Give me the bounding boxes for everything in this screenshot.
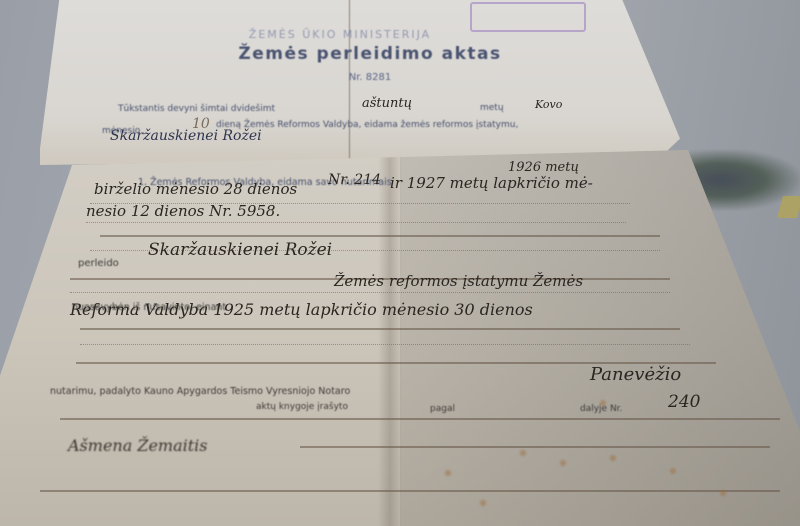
foxing-stain bbox=[445, 470, 451, 476]
form-rule bbox=[100, 235, 660, 237]
foxing-stain bbox=[520, 450, 526, 456]
section1-hand-2-nr: Nr. 214 bbox=[328, 172, 381, 188]
section1-printed-5: nutarimu, padalyto Kauno Apygardos Teism… bbox=[50, 386, 350, 397]
foxing-stain bbox=[600, 400, 606, 406]
foxing-stain bbox=[670, 468, 676, 474]
document-main-sheet: 1. Žemės Reformos Valdyba, eidama savo n… bbox=[0, 150, 800, 526]
section1-hand-2-right: ir 1927 metų lapkričio mė- bbox=[390, 174, 593, 192]
perleido-name: Skaržauskienei Rožei bbox=[148, 240, 332, 260]
paper-center-fold bbox=[378, 150, 402, 526]
header-printed-1: Tūkstantis devyni šimtai dvidešimt bbox=[118, 104, 275, 114]
section1-printed-6b: pagal bbox=[430, 404, 455, 414]
section1-hand-4: Reforma Valdyba 1925 metų lapkričio mėne… bbox=[70, 300, 533, 319]
foxing-stain bbox=[560, 460, 566, 466]
header-hand-1: aštuntų bbox=[362, 96, 412, 111]
header-hand-1-end: Kovo bbox=[535, 98, 562, 111]
section1-hand-3: nesio 12 dienos Nr. 5958. bbox=[86, 202, 280, 220]
perleido-label: perleido bbox=[78, 258, 119, 269]
document-number: Nr. 8281 bbox=[310, 72, 430, 83]
form-line bbox=[80, 344, 690, 345]
foxing-stain bbox=[720, 490, 726, 496]
form-rule bbox=[40, 490, 780, 492]
form-rule bbox=[300, 446, 770, 448]
document-top-sheet: ŽEMĖS ŪKIO MINISTERIJA Žemės perleidimo … bbox=[40, 0, 680, 165]
section1-hand-6-num: 240 bbox=[668, 392, 700, 412]
form-line bbox=[70, 292, 670, 293]
header-printed-1-end: metų bbox=[480, 103, 504, 113]
ministry-heading: ŽEMĖS ŪKIO MINISTERIJA bbox=[190, 28, 490, 41]
section1-hand-5: Panevėžio bbox=[590, 364, 681, 385]
section1-hand-1-right: 1926 metų bbox=[508, 160, 579, 175]
signature-line: Ašmena Žemaitis bbox=[68, 436, 208, 455]
foxing-stain bbox=[610, 455, 616, 461]
header-hand-3: Skaržauskienei Rožei bbox=[110, 128, 262, 144]
form-rule bbox=[80, 328, 680, 330]
form-rule bbox=[60, 418, 780, 420]
foxing-stain bbox=[480, 500, 486, 506]
nuosavybe-hand: Žemės reformos įstatymu Žemės bbox=[334, 272, 583, 290]
section1-printed-6: aktų knygoje įrašyto bbox=[256, 402, 348, 412]
document-title: Žemės perleidimo aktas bbox=[160, 44, 580, 64]
form-line bbox=[86, 222, 626, 223]
section1-hand-2: birželio mėnesio 28 dienos bbox=[94, 180, 297, 198]
